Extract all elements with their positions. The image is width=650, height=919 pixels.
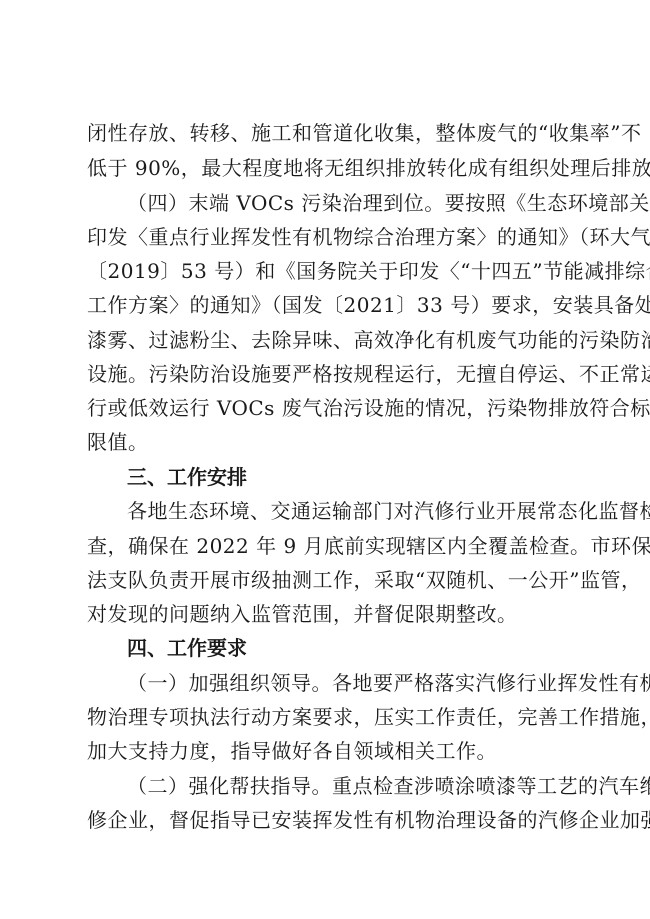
- paragraph-line: 设施。污染防治设施要严格按规程运行，无擅自停运、不正常运: [87, 359, 563, 389]
- paragraph-line: （二）强化帮扶指导。重点检查涉喷涂喷漆等工艺的汽车维: [127, 771, 563, 801]
- paragraph-line: 修企业，督促指导已安装挥发性有机物治理设备的汽修企业加强: [87, 805, 563, 835]
- paragraph-line: （一）加强组织领导。各地要严格落实汽修行业挥发性有机: [127, 668, 563, 698]
- section-heading: 三、工作安排: [127, 462, 247, 492]
- paragraph-line: 查，确保在 2022 年 9 月底前实现辖区内全覆盖检查。市环保执: [87, 531, 563, 561]
- paragraph-line: 行或低效运行 VOCs 废气治污设施的情况，污染物排放符合标准: [87, 393, 563, 423]
- section-heading: 四、工作要求: [127, 633, 247, 663]
- paragraph-line: 加大支持力度，指导做好各自领域相关工作。: [87, 736, 563, 766]
- paragraph-line: 〔2019〕53 号）和《国务院关于印发〈“十四五”节能减排综合: [87, 256, 563, 286]
- paragraph-line: （四）末端 VOCs 污染治理到位。要按照《生态环境部关于: [127, 188, 563, 218]
- paragraph-line: 闭性存放、转移、施工和管道化收集，整体废气的“收集率”不: [87, 118, 563, 148]
- paragraph-line: 物治理专项执法行动方案要求，压实工作责任，完善工作措施，: [87, 702, 563, 732]
- paragraph-line: 限值。: [87, 427, 563, 457]
- paragraph-line: 工作方案〉的通知》（国发〔2021〕33 号）要求，安装具备处理: [87, 290, 563, 320]
- paragraph-line: 对发现的问题纳入监管范围，并督促限期整改。: [87, 599, 563, 629]
- paragraph-line: 漆雾、过滤粉尘、去除异味、高效净化有机废气功能的污染防治: [87, 325, 563, 355]
- paragraph-line: 各地生态环境、交通运输部门对汽修行业开展常态化监督检: [127, 496, 563, 526]
- paragraph-line: 法支队负责开展市级抽测工作，采取“双随机、一公开”监管，: [87, 565, 563, 595]
- document-page: 闭性存放、转移、施工和管道化收集，整体废气的“收集率”不 低于 90%，最大程度…: [0, 0, 650, 919]
- paragraph-line: 印发〈重点行业挥发性有机物综合治理方案〉的通知》（环大气: [87, 222, 563, 252]
- paragraph-line: 低于 90%，最大程度地将无组织排放转化成有组织处理后排放。: [87, 153, 563, 183]
